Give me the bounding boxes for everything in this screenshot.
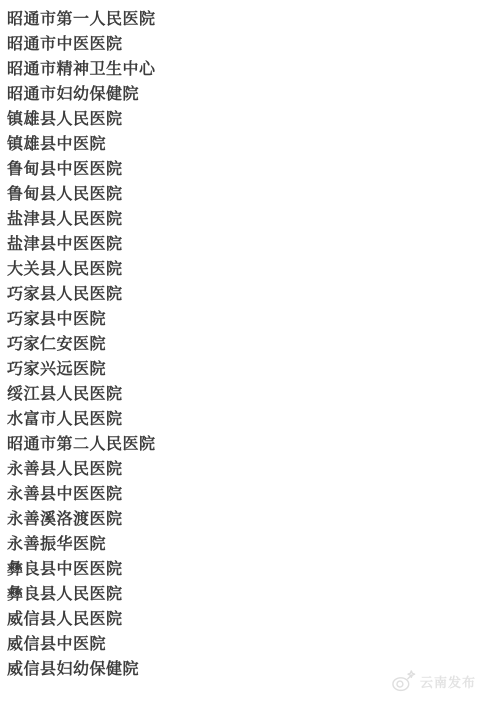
hospital-name: 盐津县人民医院: [7, 207, 480, 232]
hospital-name: 鲁甸县人民医院: [7, 182, 480, 207]
hospital-name: 巧家仁安医院: [7, 332, 480, 357]
weibo-eye-icon: [389, 667, 417, 695]
hospital-name: 昭通市妇幼保健院: [7, 82, 480, 107]
hospital-name: 昭通市精神卫生中心: [7, 57, 480, 82]
hospital-name: 威信县中医院: [7, 632, 480, 657]
hospital-name: 永善溪洛渡医院: [7, 507, 480, 532]
hospital-name: 永善振华医院: [7, 532, 480, 557]
hospital-name: 昭通市第一人民医院: [7, 7, 480, 32]
hospital-name: 昭通市第二人民医院: [7, 432, 480, 457]
hospital-name: 巧家兴远医院: [7, 357, 480, 382]
hospital-name: 鲁甸县中医医院: [7, 157, 480, 182]
hospital-name: 水富市人民医院: [7, 407, 480, 432]
hospital-name: 镇雄县人民医院: [7, 107, 480, 132]
hospital-name: 大关县人民医院: [7, 257, 480, 282]
hospital-name: 绥江县人民医院: [7, 382, 480, 407]
hospital-name: 永善县中医医院: [7, 482, 480, 507]
hospital-name: 巧家县中医院: [7, 307, 480, 332]
hospital-name: 永善县人民医院: [7, 457, 480, 482]
hospital-list: 昭通市第一人民医院昭通市中医医院昭通市精神卫生中心昭通市妇幼保健院镇雄县人民医院…: [7, 7, 480, 682]
hospital-name: 巧家县人民医院: [7, 282, 480, 307]
hospital-name: 镇雄县中医院: [7, 132, 480, 157]
hospital-name: 彝良县中医医院: [7, 557, 480, 582]
hospital-name: 彝良县人民医院: [7, 582, 480, 607]
hospital-name: 盐津县中医医院: [7, 232, 480, 257]
hospital-name: 威信县人民医院: [7, 607, 480, 632]
watermark-text: 云南发布: [420, 672, 476, 691]
hospital-name: 昭通市中医医院: [7, 32, 480, 57]
watermark: 云南发布: [389, 667, 476, 695]
